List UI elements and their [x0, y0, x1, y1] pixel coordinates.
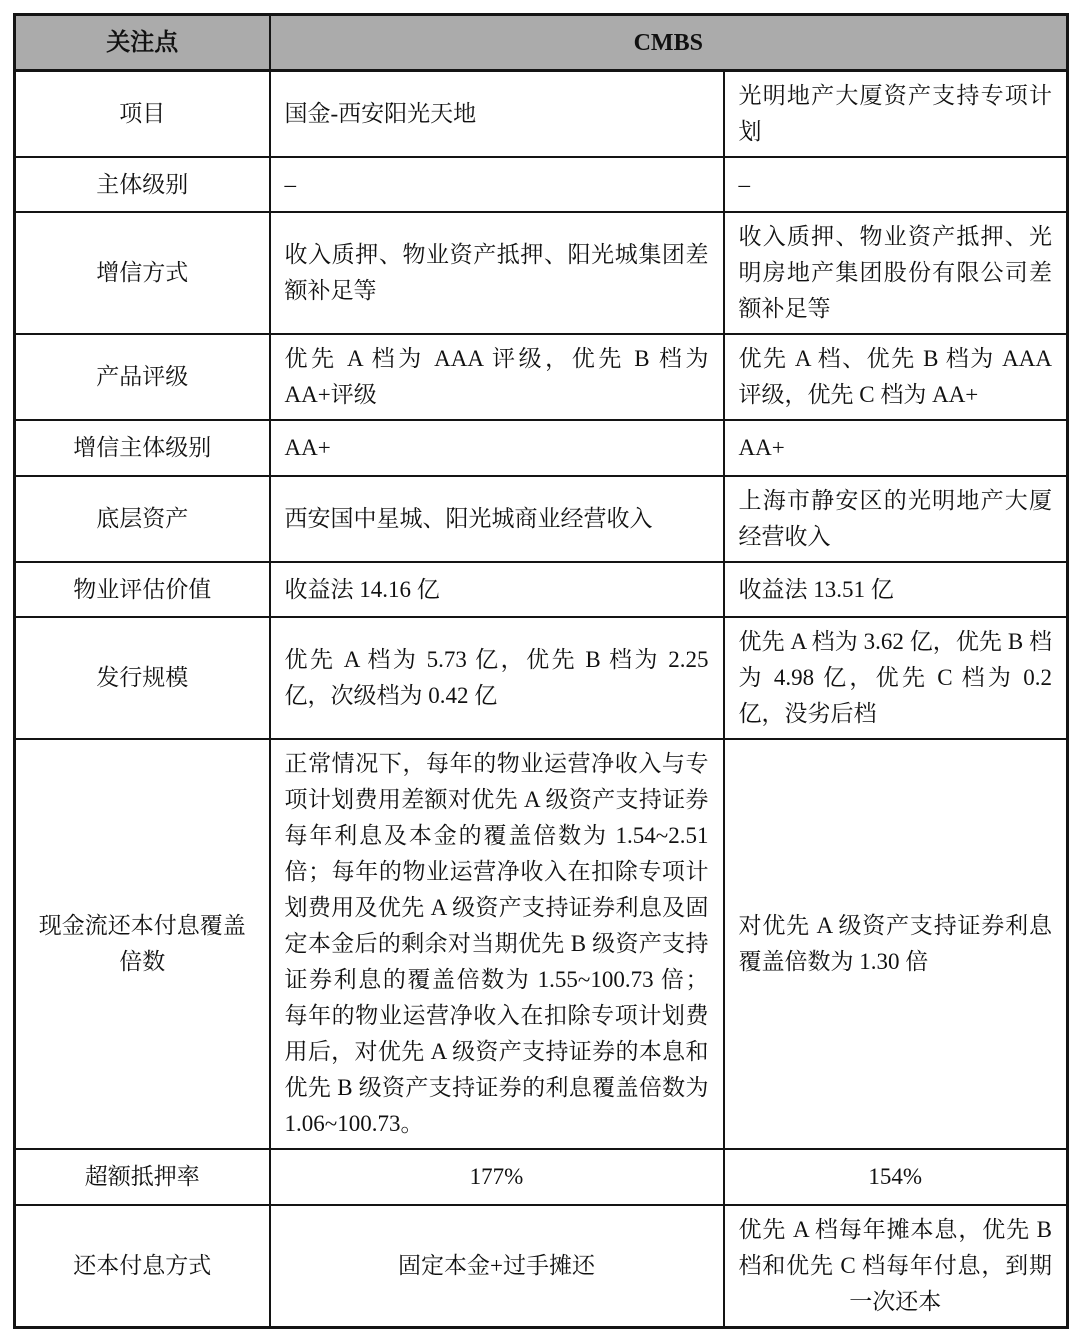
row-label: 物业评估价值	[15, 562, 270, 617]
row-label: 增信主体级别	[15, 420, 270, 476]
cell-underlying-asset-left: 西安国中星城、阳光城商业经营收入	[270, 476, 724, 562]
cell-repayment-method-right: 优先 A 档每年摊本息，优先 B 档和优先 C 档每年付息，到期一次还本	[724, 1205, 1068, 1328]
cell-cashflow-coverage-right: 对优先 A 级资产支持证券利息覆盖倍数为 1.30 倍	[724, 739, 1068, 1149]
table-header: 关注点 CMBS	[15, 15, 1068, 71]
cell-product-rating-right: 优先 A 档、优先 B 档为 AAA 评级，优先 C 档为 AA+	[724, 334, 1068, 420]
table-row-project: 项目 国金-西安阳光天地 光明地产大厦资产支持专项计划	[15, 71, 1068, 158]
cell-property-valuation-left: 收益法 14.16 亿	[270, 562, 724, 617]
cell-product-rating-left: 优先 A 档为 AAA 评级，优先 B 档为 AA+评级	[270, 334, 724, 420]
cell-repayment-method-left: 固定本金+过手摊还	[270, 1205, 724, 1328]
row-label: 项目	[15, 71, 270, 158]
cell-credit-enhancement-right: 收入质押、物业资产抵押、光明房地产集团股份有限公司差额补足等	[724, 212, 1068, 334]
cell-property-valuation-right: 收益法 13.51 亿	[724, 562, 1068, 617]
row-label: 发行规模	[15, 617, 270, 739]
table-row-issuance-scale: 发行规模 优先 A 档为 5.73 亿，优先 B 档为 2.25 亿，次级档为 …	[15, 617, 1068, 739]
cell-enhancer-rating-right: AA+	[724, 420, 1068, 476]
cell-issuance-scale-right: 优先 A 档为 3.62 亿，优先 B 档为 4.98 亿，优先 C 档为 0.…	[724, 617, 1068, 739]
table-row-enhancer-rating: 增信主体级别 AA+ AA+	[15, 420, 1068, 476]
row-label: 底层资产	[15, 476, 270, 562]
cell-overcollateralization-left: 177%	[270, 1149, 724, 1205]
row-label: 产品评级	[15, 334, 270, 420]
cell-credit-enhancement-left: 收入质押、物业资产抵押、阳光城集团差额补足等	[270, 212, 724, 334]
table-row-underlying-asset: 底层资产 西安国中星城、阳光城商业经营收入 上海市静安区的光明地产大厦经营收入	[15, 476, 1068, 562]
table-row-repayment-method: 还本付息方式 固定本金+过手摊还 优先 A 档每年摊本息，优先 B 档和优先 C…	[15, 1205, 1068, 1328]
document-page: 关注点 CMBS 项目 国金-西安阳光天地 光明地产大厦资产支持专项计划 主体级…	[0, 0, 1080, 1245]
cell-entity-rating-left: –	[270, 157, 724, 212]
table-body: 项目 国金-西安阳光天地 光明地产大厦资产支持专项计划 主体级别 – – 增信方…	[15, 71, 1068, 1328]
row-label: 还本付息方式	[15, 1205, 270, 1328]
table-row-property-valuation: 物业评估价值 收益法 14.16 亿 收益法 13.51 亿	[15, 562, 1068, 617]
table-row-product-rating: 产品评级 优先 A 档为 AAA 评级，优先 B 档为 AA+评级 优先 A 档…	[15, 334, 1068, 420]
cell-issuance-scale-left: 优先 A 档为 5.73 亿，优先 B 档为 2.25 亿，次级档为 0.42 …	[270, 617, 724, 739]
cmbs-comparison-table: 关注点 CMBS 项目 国金-西安阳光天地 光明地产大厦资产支持专项计划 主体级…	[13, 13, 1069, 1329]
row-label: 主体级别	[15, 157, 270, 212]
header-row: 关注点 CMBS	[15, 15, 1068, 71]
cell-overcollateralization-right: 154%	[724, 1149, 1068, 1205]
row-label: 现金流还本付息覆盖倍数	[15, 739, 270, 1149]
row-label: 增信方式	[15, 212, 270, 334]
table-row-entity-rating: 主体级别 – –	[15, 157, 1068, 212]
table-row-credit-enhancement: 增信方式 收入质押、物业资产抵押、阳光城集团差额补足等 收入质押、物业资产抵押、…	[15, 212, 1068, 334]
cell-underlying-asset-right: 上海市静安区的光明地产大厦经营收入	[724, 476, 1068, 562]
cell-project-left: 国金-西安阳光天地	[270, 71, 724, 158]
header-cell-focus-point: 关注点	[15, 15, 270, 71]
cell-project-right: 光明地产大厦资产支持专项计划	[724, 71, 1068, 158]
row-label: 超额抵押率	[15, 1149, 270, 1205]
cell-entity-rating-right: –	[724, 157, 1068, 212]
table-row-overcollateralization: 超额抵押率 177% 154%	[15, 1149, 1068, 1205]
table-row-cashflow-coverage: 现金流还本付息覆盖倍数 正常情况下，每年的物业运营净收入与专项计划费用差额对优先…	[15, 739, 1068, 1149]
cell-enhancer-rating-left: AA+	[270, 420, 724, 476]
cell-cashflow-coverage-left: 正常情况下，每年的物业运营净收入与专项计划费用差额对优先 A 级资产支持证券每年…	[270, 739, 724, 1149]
header-cell-cmbs: CMBS	[270, 15, 1068, 71]
